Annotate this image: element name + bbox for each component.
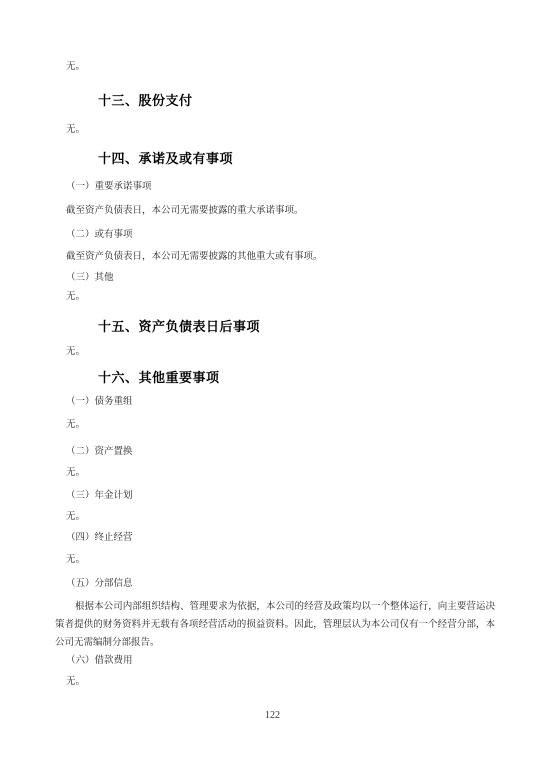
none-text: 无。 [55,419,495,432]
body-no-major-contingencies: 截至资产负债表日，本公司无需要披露的其他重大或有事项。 [55,251,495,264]
page-number: 122 [0,710,545,721]
subitem-important-commitments: （一）重要承诺事项 [55,181,495,194]
heading-share-based-payment: 十三、股份支付 [55,94,495,108]
none-text: 无。 [55,511,495,524]
heading-post-balance-sheet-events: 十五、资产负债表日后事项 [55,320,495,334]
none-text: 无。 [55,554,495,567]
none-text: 无。 [55,61,495,74]
none-text: 无。 [55,124,495,137]
subitem-segment-information: （五）分部信息 [55,578,495,591]
none-text: 无。 [55,346,495,359]
heading-commitments-contingencies: 十四、承诺及或有事项 [55,152,495,166]
heading-other-important-matters: 十六、其他重要事项 [55,371,495,385]
document-page: 无。 十三、股份支付 无。 十四、承诺及或有事项 （一）重要承诺事项 截至资产负… [0,0,545,771]
subitem-discontinued-operations: （四）终止经营 [55,532,495,545]
none-text: 无。 [55,467,495,480]
subitem-other: （三）其他 [55,272,495,285]
body-no-major-commitments: 截至资产负债表日，本公司无需要披露的重大承诺事项。 [55,205,495,218]
subitem-borrowing-costs: （六）借款费用 [55,655,495,668]
none-text: 无。 [55,291,495,304]
subitem-debt-restructuring: （一）债务重组 [55,396,495,409]
subitem-annuity-plan: （三）年金计划 [55,490,495,503]
subitem-asset-swap: （二）资产置换 [55,446,495,459]
paragraph-segment-explanation: 根据本公司内部组织结构、管理要求为依据，本公司的经营及政策均以一个整体运行，向主… [55,598,495,652]
document-content: 无。 十三、股份支付 无。 十四、承诺及或有事项 （一）重要承诺事项 截至资产负… [0,0,545,689]
none-text: 无。 [55,676,495,689]
subitem-contingencies: （二）或有事项 [55,229,495,242]
